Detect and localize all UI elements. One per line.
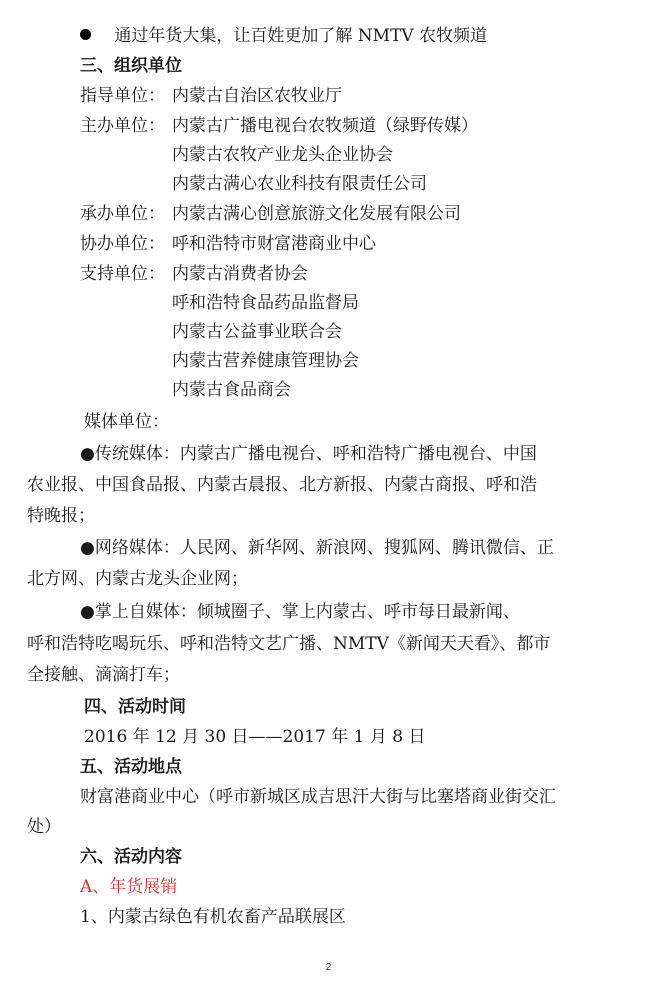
host-item: 内蒙古农牧产业龙头企业协会 (172, 143, 393, 167)
activity-location: 财富港商业中心（呼市新城区成吉思汗大街与比塞塔商业街交汇 (80, 785, 556, 809)
online-media-line: 北方网、内蒙古龙头企业网； (27, 567, 248, 591)
bullet-line: 通过年货大集，让百姓更加了解 NMTV 农牧频道 (80, 24, 487, 48)
host-label: 主办单位： (80, 114, 165, 138)
online-media-line: ●网络媒体：人民网、新华网、新浪网、搜狐网、腾讯微信、正 (80, 536, 554, 560)
section-3-title: 三、组织单位 (80, 54, 182, 78)
organizer-item: 内蒙古满心创意旅游文化发展有限公司 (172, 202, 461, 226)
guide-item: 内蒙古自治区农牧业厅 (172, 84, 342, 108)
bullet-text: 通过年货大集，让百姓更加了解 NMTV 农牧频道 (114, 26, 487, 46)
support-label: 支持单位： (80, 262, 165, 286)
support-item: 内蒙古食品商会 (172, 378, 291, 402)
organizer-label: 承办单位： (80, 202, 165, 226)
section-6-title: 六、活动内容 (80, 845, 182, 869)
page-number: 2 (0, 962, 657, 973)
traditional-media-line: 农业报、中国食品报、内蒙古晨报、北方新报、内蒙古商报、呼和浩 (27, 473, 537, 497)
activity-time: 2016 年 12 月 30 日——2017 年 1 月 8 日 (84, 725, 425, 749)
media-label: 媒体单位： (84, 410, 169, 434)
self-media-line: ●掌上自媒体：倾城圈子、掌上内蒙古、呼市每日最新闻、 (80, 600, 520, 624)
traditional-media-line: ●传统媒体：内蒙古广播电视台、呼和浩特广播电视台、中国 (80, 442, 537, 466)
section-4-title: 四、活动时间 (84, 695, 186, 719)
host-item: 内蒙古满心农业科技有限责任公司 (172, 172, 427, 196)
section-6-subtitle: A、年货展销 (80, 875, 177, 899)
support-item: 内蒙古消费者协会 (172, 262, 308, 286)
self-media-line: 全接触、滴滴打车； (27, 663, 180, 687)
support-item: 内蒙古营养健康管理协会 (172, 349, 359, 373)
section-6-item: 1、内蒙古绿色有机农畜产品联展区 (80, 905, 346, 929)
co-organizer-item: 呼和浩特市财富港商业中心 (172, 232, 376, 256)
support-item: 呼和浩特食品药品监督局 (172, 291, 359, 315)
traditional-media-line: 特晚报； (27, 504, 95, 528)
self-media-line: 呼和浩特吃喝玩乐、呼和浩特文艺广播、NMTV《新闻天天看》、都市 (27, 632, 550, 656)
co-organizer-label: 协办单位： (80, 232, 165, 256)
activity-location-cont: 处） (27, 815, 61, 839)
section-5-title: 五、活动地点 (80, 755, 182, 779)
bullet-icon (80, 29, 91, 40)
guide-label: 指导单位： (80, 84, 165, 108)
support-item: 内蒙古公益事业联合会 (172, 320, 342, 344)
host-item: 内蒙古广播电视台农牧频道（绿野传媒） (172, 114, 478, 138)
